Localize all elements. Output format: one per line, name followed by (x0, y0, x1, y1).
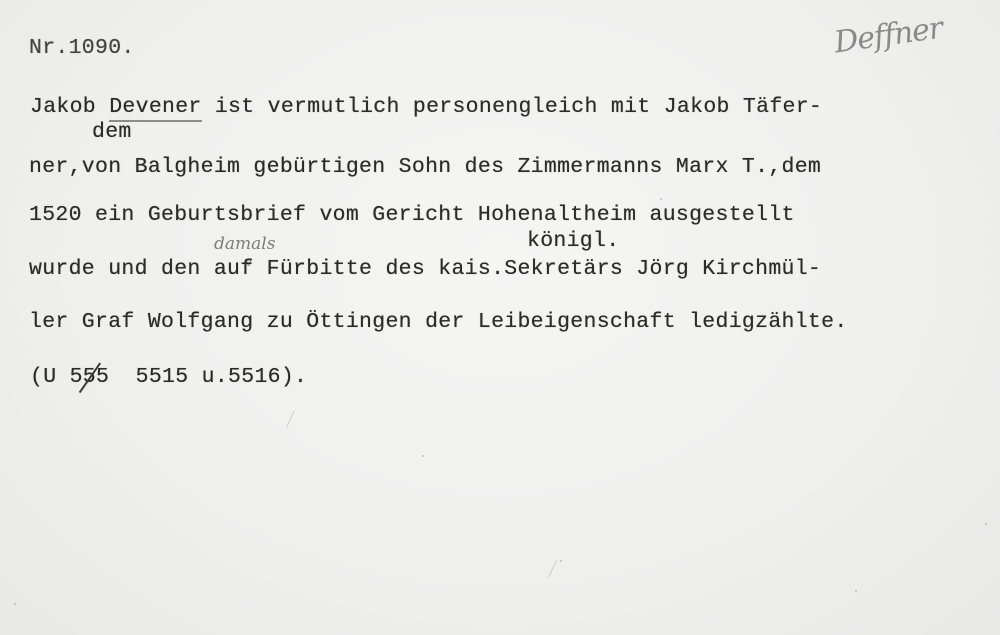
reference-prefix: (U (30, 365, 70, 389)
text-line-2: ner,von Balgheim gebürtigen Sohn des Zim… (29, 155, 821, 179)
text-segment: Jakob (30, 95, 109, 119)
text-line-3: 1520 ein Geburtsbrief vom Gericht Hohena… (29, 203, 795, 227)
paper-speck (855, 590, 857, 592)
paper-speck (14, 603, 16, 605)
interlinear-insertion-dem: dem (92, 120, 132, 144)
text-line-4: wurde und den auf Fürbitte des kais.Sekr… (29, 257, 821, 281)
handwritten-insertion-damals: damals (214, 234, 275, 254)
archive-index-card: Nr.1090. Deffner Jakob Devener ist vermu… (0, 0, 1000, 635)
card-number: Nr.1090. (29, 36, 135, 60)
paper-speck (660, 198, 662, 200)
text-segment: ist vermutlich personengleich mit Jakob … (202, 95, 823, 119)
handwritten-name-annotation: Deffner (832, 11, 944, 61)
interlinear-insertion-koenigl: königl. (527, 229, 619, 253)
paper-speck (985, 523, 987, 525)
paper-speck (422, 455, 424, 457)
reference-numbers: 5515 u.5516). (109, 365, 307, 389)
struck-out-number: 555 (70, 365, 110, 389)
text-line-5: ler Graf Wolfgang zu Öttingen der Leibei… (29, 310, 848, 334)
paper-speck (560, 560, 562, 562)
underlined-name: Devener (109, 95, 201, 122)
source-reference: (U 555 5515 u.5516). (30, 365, 307, 389)
text-line-1: Jakob Devener ist vermutlich personengle… (30, 95, 822, 119)
paper-scratch (286, 411, 295, 428)
paper-scratch (548, 561, 557, 578)
